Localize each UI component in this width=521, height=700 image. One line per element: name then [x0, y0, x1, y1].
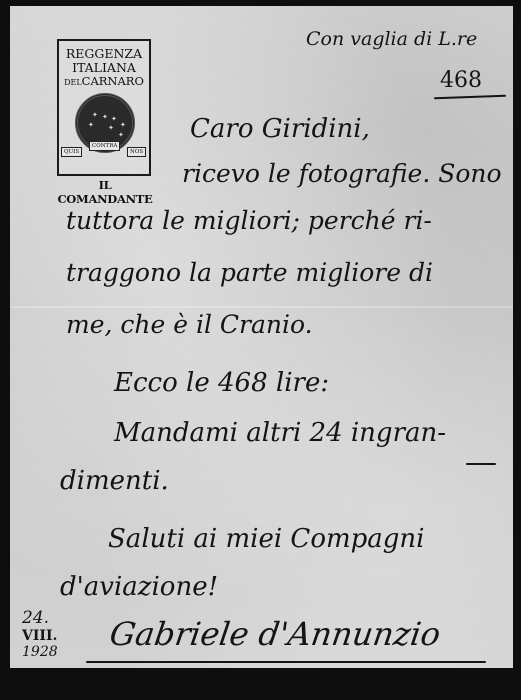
motto-ribbon: QUIS CONTRA NOS [61, 143, 147, 157]
motto-right: NOS [127, 147, 146, 157]
body-line-5: Ecco le 468 lire: [114, 370, 329, 396]
body-line-1: ricevo le fotografie. Sono [182, 161, 502, 186]
letterhead-line-3-prefix: DEL [64, 78, 82, 87]
letterhead-footer: IL COMANDANTE [55, 178, 155, 206]
header-amount: 468 [440, 70, 482, 92]
signature: Gabriele d'Annunzio [108, 618, 443, 650]
body-line-8: Saluti ai miei Compagni [108, 526, 424, 552]
letter-paper: REGGENZA ITALIANA DELCARNARO ✦ ✦ ✦ ✦ ✦ ✦… [10, 6, 513, 668]
motto-left: QUIS [61, 147, 82, 157]
star-icon: ✦ [92, 112, 98, 119]
header-note: Con vaglia di L.re [306, 30, 477, 49]
salutation: Caro Giridini, [190, 116, 370, 142]
paper-fold [10, 306, 513, 308]
letterhead-line-2: ITALIANA [59, 62, 149, 75]
star-icon: ✦ [120, 122, 126, 129]
letterhead: REGGENZA ITALIANA DELCARNARO ✦ ✦ ✦ ✦ ✦ ✦… [57, 39, 151, 176]
body-line-3: traggono la parte migliore di [66, 260, 433, 285]
amount-underline [434, 95, 506, 100]
body-line-4: me, che è il Cranio. [66, 312, 313, 337]
body-line-7: dimenti. [60, 468, 169, 494]
signature-underline [86, 661, 486, 663]
date-block: 24. VIII. 1928 [22, 610, 62, 659]
letterhead-line-3-main: CARNARO [82, 74, 144, 88]
letterhead-line-3: DELCARNARO [59, 76, 149, 88]
body-line-2: tuttora le migliori; perché ri- [66, 208, 432, 233]
body-line-9: d'aviazione! [60, 574, 218, 600]
star-icon: ✦ [102, 114, 108, 121]
date-year: 1928 [22, 645, 62, 659]
motto-center: CONTRA [89, 141, 120, 151]
star-icon: ✦ [108, 125, 114, 132]
star-icon: ✦ [111, 116, 117, 123]
star-icon: ✦ [88, 122, 94, 129]
body-line-6: Mandami altri 24 ingran- [114, 420, 446, 446]
line-6-underline [466, 463, 496, 465]
date-month: VIII. [22, 629, 62, 643]
letterhead-line-1: REGGENZA [59, 48, 149, 61]
date-day: 24. [22, 610, 62, 627]
star-icon: ✦ [118, 132, 124, 139]
